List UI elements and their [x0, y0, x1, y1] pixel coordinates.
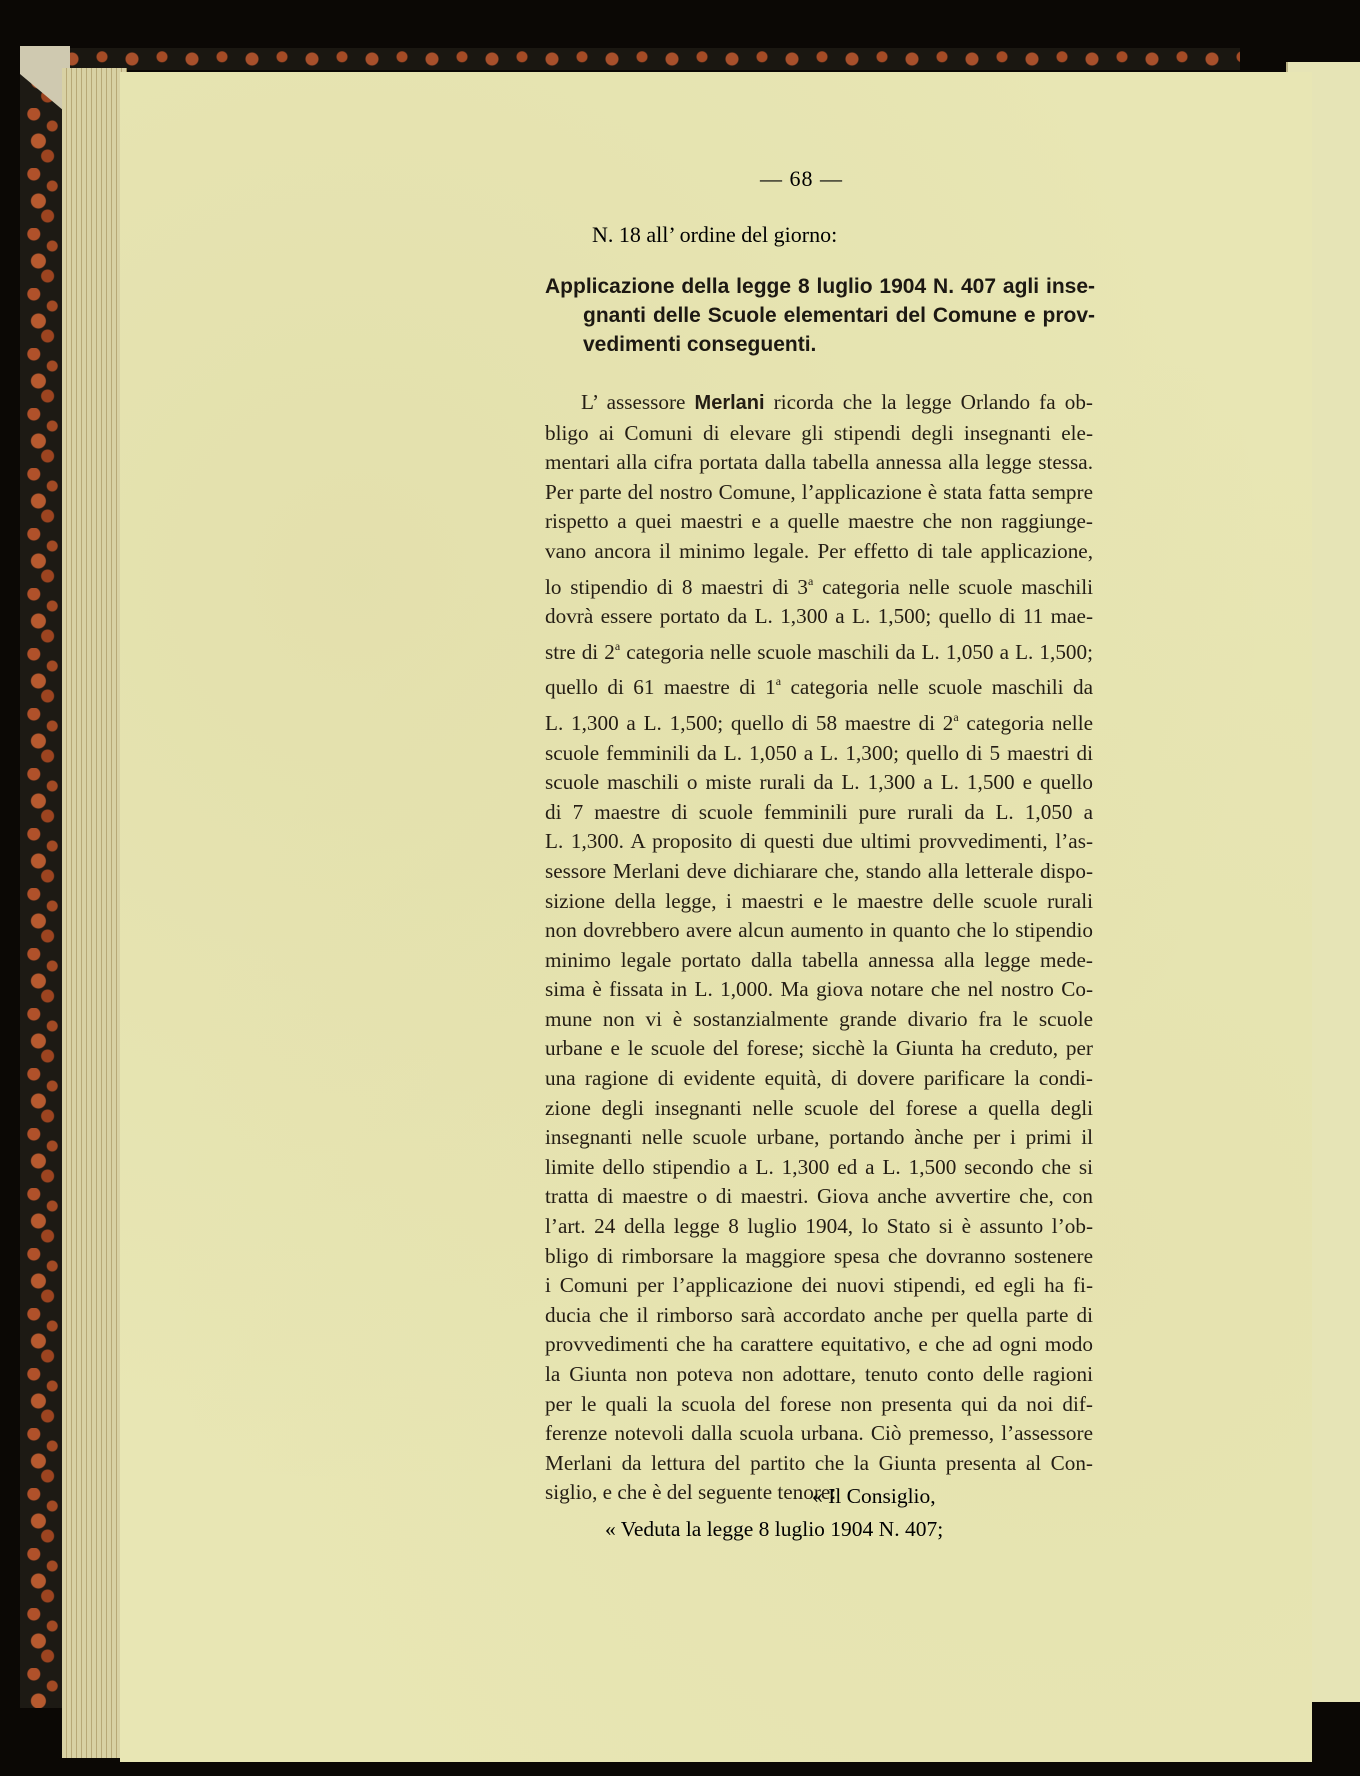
title-line: Applicazione della legge 8 luglio 1904 N…: [545, 272, 1095, 301]
text-line: L. 1,300. A proposito di questi due ulti…: [545, 827, 1093, 857]
text-line: bligo ai Comuni di elevare gli stipendi …: [545, 419, 1093, 449]
text-line: provvedimenti che ha carattere equitativ…: [545, 1330, 1093, 1360]
text-line: insegnanti nelle scuole urbane, portando…: [545, 1123, 1093, 1153]
book-cover-marbled-spine: [20, 48, 66, 1708]
resolution-opening: « Il Consiglio,: [812, 1484, 936, 1509]
title-line: gnanti delle Scuole elementari del Comun…: [545, 301, 1095, 330]
page-stack-edges: [62, 68, 127, 1758]
text-line: per le quali la scuola del forese non pr…: [545, 1390, 1093, 1420]
text-line: vano ancora il minimo legale. Per effett…: [545, 537, 1093, 567]
text-line: di 7 maestre di scuole femminili pure ru…: [545, 798, 1093, 828]
text-line: rispetto a quei maestri e a quelle maest…: [545, 507, 1093, 537]
text-line: mentari alla cifra portata dalla tabella…: [545, 448, 1093, 478]
text-line: lo stipendio di 8 maestri di 3a categori…: [545, 567, 1093, 603]
text-line: tratta di maestre o di maestri. Giova an…: [545, 1182, 1093, 1212]
body-paragraph: L’ assessore Merlani ricorda che la legg…: [545, 388, 1093, 1508]
text-line: stre di 2a categoria nelle scuole maschi…: [545, 632, 1093, 668]
book-cover-top-edge: [60, 48, 1240, 70]
text-line: L. 1,300 a L. 1,500; quello di 58 maestr…: [545, 703, 1093, 739]
text-line: la Giunta non poteva non adottare, tenut…: [545, 1360, 1093, 1390]
text-line: ferenze notevoli dalla scuola urbana. Ci…: [545, 1419, 1093, 1449]
text-line: ducia che il rimborso sarà accordato anc…: [545, 1301, 1093, 1331]
text-line: i Comuni per l’applicazione dei nuovi st…: [545, 1271, 1093, 1301]
text-line: minimo legale portato dalla tabella anne…: [545, 946, 1093, 976]
section-title: Applicazione della legge 8 luglio 1904 N…: [545, 272, 1095, 359]
ordinal-superscript: a: [776, 674, 781, 688]
text-line: l’art. 24 della legge 8 luglio 1904, lo …: [545, 1212, 1093, 1242]
speaker-name: Merlani: [695, 392, 765, 414]
ordinal-superscript: a: [615, 639, 620, 653]
resolution-citation: « Veduta la legge 8 luglio 1904 N. 407;: [605, 1517, 943, 1542]
text-line: quello di 61 maestre di 1a categoria nel…: [545, 667, 1093, 703]
text-line: una ragione di evidente equità, di dover…: [545, 1064, 1093, 1094]
text-line: non dovrebbero avere alcun aumento in qu…: [545, 916, 1093, 946]
ordinal-superscript: a: [953, 710, 958, 724]
text-line: scuole femminili da L. 1,050 a L. 1,300;…: [545, 739, 1093, 769]
page-number: — 68 —: [760, 166, 843, 192]
text-line: L’ assessore Merlani ricorda che la legg…: [545, 388, 1093, 419]
ordinal-superscript: a: [808, 574, 813, 588]
title-line: vedimenti conseguenti.: [545, 330, 1095, 359]
text-line: sessore Merlani deve dichiarare che, sta…: [545, 857, 1093, 887]
text-line: bligo di rimborsare la maggiore spesa ch…: [545, 1242, 1093, 1272]
text-line: limite dello stipendio a L. 1,300 ed a L…: [545, 1153, 1093, 1183]
text-line: zione degli insegnanti nelle scuole del …: [545, 1094, 1093, 1124]
text-line: urbane e le scuole del forese; sicchè la…: [545, 1034, 1093, 1064]
agenda-item-heading: N. 18 all’ ordine del giorno:: [592, 222, 837, 248]
text-line: Per parte del nostro Comune, l’applicazi…: [545, 478, 1093, 508]
text-line: Merlani da lettura del partito che la Gi…: [545, 1449, 1093, 1479]
text-line: sizione della legge, i maestri e le maes…: [545, 887, 1093, 917]
text-line: scuole maschili o miste rurali da L. 1,3…: [545, 768, 1093, 798]
text-line: mune non vi è sostanzialmente grande div…: [545, 1005, 1093, 1035]
text-line: dovrà essere portato da L. 1,300 a L. 1,…: [545, 602, 1093, 632]
text-line: sima è fissata in L. 1,000. Ma giova not…: [545, 975, 1093, 1005]
